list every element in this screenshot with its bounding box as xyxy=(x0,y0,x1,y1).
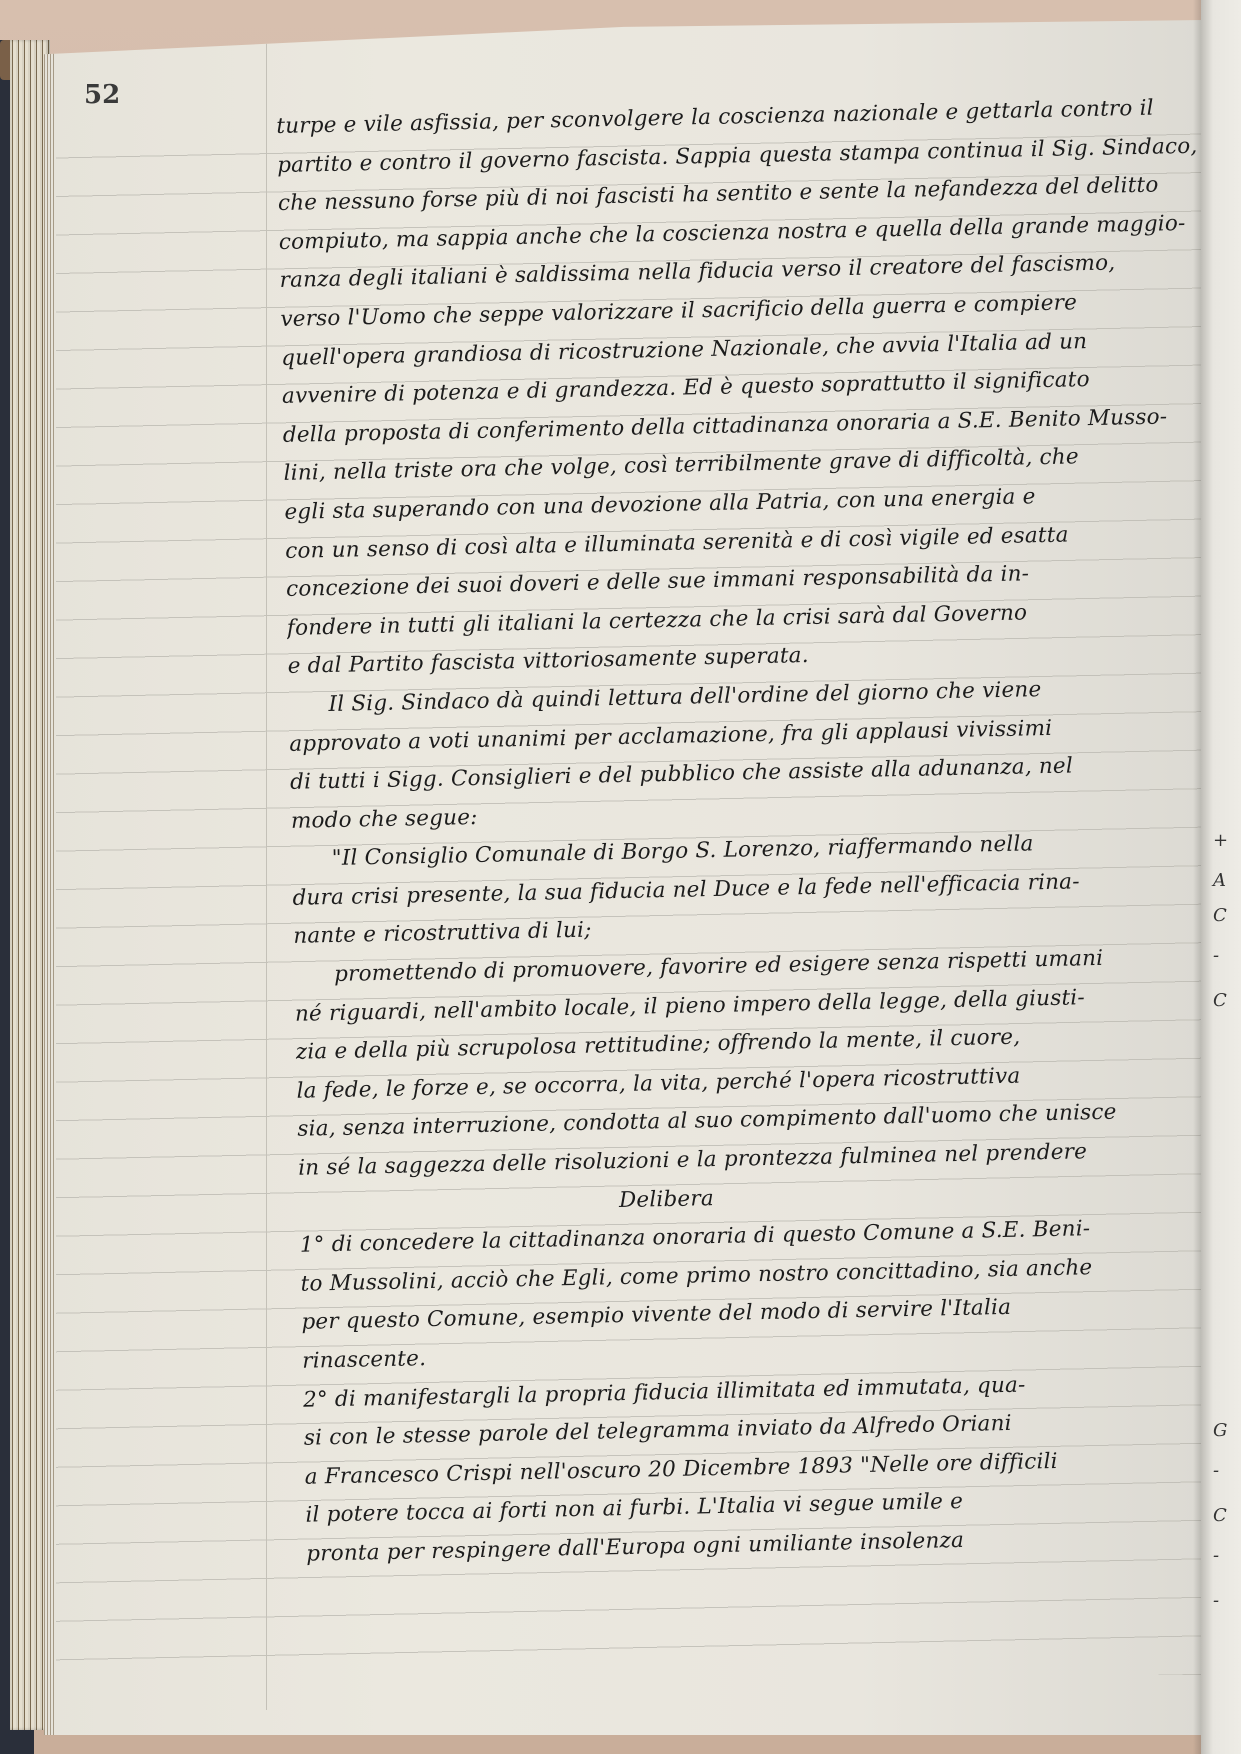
adjacent-page-edge: +AC-CG-C-- xyxy=(1201,0,1241,1754)
adjacent-page-fragment: C xyxy=(1213,990,1227,1011)
adjacent-page-fragment: - xyxy=(1213,1590,1219,1611)
adjacent-page-fragment: - xyxy=(1213,1460,1219,1481)
page-binding-rules xyxy=(44,20,56,1735)
adjacent-page-fragment: C xyxy=(1213,1505,1227,1526)
adjacent-page-fragment: + xyxy=(1213,830,1228,851)
adjacent-page-fragment: A xyxy=(1213,870,1226,891)
ledger-page: 52 turpe e vile asfissia, per sconvolger… xyxy=(44,20,1204,1735)
adjacent-page-fragment: - xyxy=(1213,1545,1219,1566)
page-number: 52 xyxy=(84,80,120,110)
handwritten-text: turpe e vile asfissia, per sconvolgere l… xyxy=(276,89,1227,1575)
adjacent-page-fragment: - xyxy=(1213,945,1219,966)
adjacent-page-fragment: G xyxy=(1213,1420,1227,1441)
adjacent-page-fragment: C xyxy=(1213,905,1227,926)
margin-line xyxy=(266,30,267,1710)
